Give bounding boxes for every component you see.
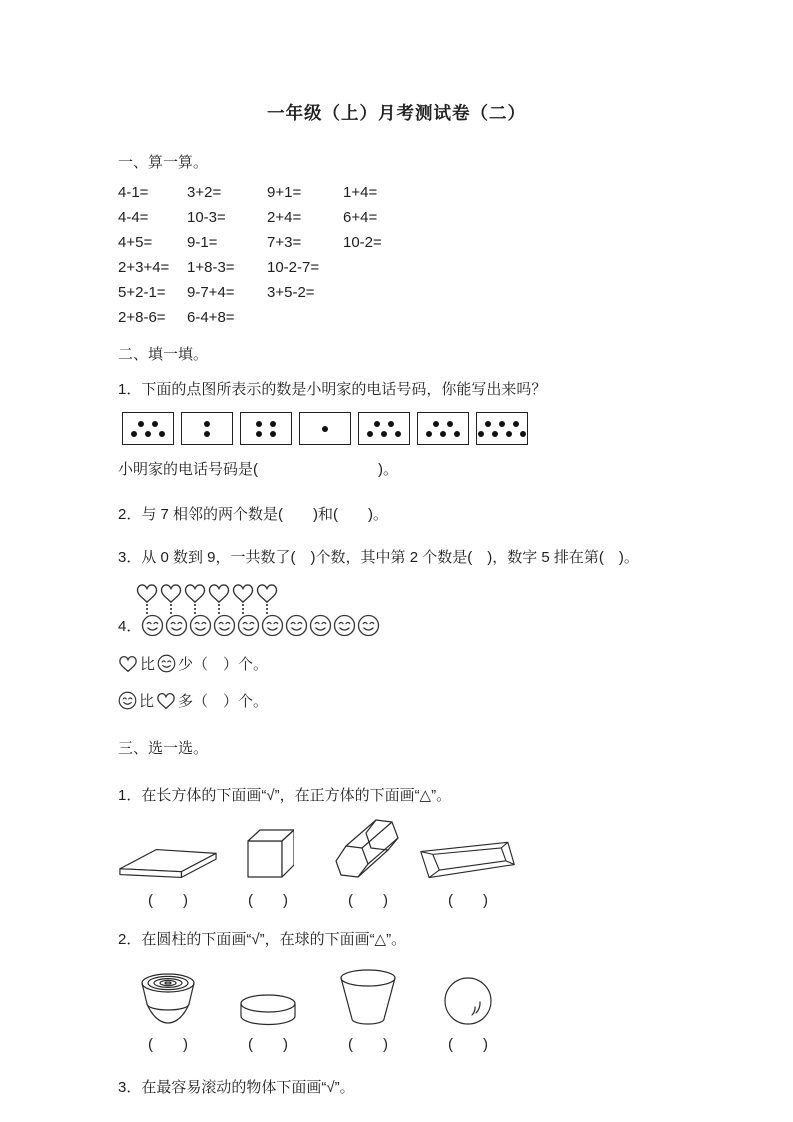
- dot-box-row: [367, 431, 401, 437]
- solid-shapes-row-1: [118, 819, 675, 883]
- dot-box-row: [322, 426, 328, 432]
- answer-paren-row-2: ( ) ( ) ( ) ( ): [118, 1033, 675, 1054]
- dot-icon: [374, 421, 380, 427]
- smiley-icon: [212, 614, 236, 637]
- dot-box-row: [478, 431, 526, 437]
- q4-compare-1-rest: 少（ ）个。: [178, 653, 268, 674]
- dot-icon: [499, 421, 505, 427]
- equation-6-4: [343, 307, 433, 329]
- dot-icon: [381, 431, 387, 437]
- equation-5-2: 9-7+4=: [187, 282, 267, 304]
- question-2-3-text: 3．从 0 数到 9，一共数了( )个数，其中第 2 个数是( )，数字 5 排…: [118, 546, 675, 567]
- equation-1-2: 3+2=: [187, 182, 267, 204]
- dot-icon: [520, 431, 526, 437]
- flat-cuboid-shape: [118, 843, 218, 883]
- equation-4-1: 2+3+4=: [118, 257, 187, 279]
- dot-icon: [367, 431, 373, 437]
- dot-box-7: [476, 412, 528, 445]
- question-3-1-text: 1．在长方体的下面画“√”，在正方体的下面画“△”。: [118, 784, 675, 805]
- equation-5-3: 3+5-2=: [267, 282, 343, 304]
- answer-paren: ( ): [318, 1033, 418, 1054]
- dot-icon: [388, 421, 394, 427]
- truncated-cone-shape: [318, 967, 418, 1027]
- equation-4-2: 1+8-3=: [187, 257, 267, 279]
- equation-5-1: 5+2-1=: [118, 282, 187, 304]
- smiley-icon: [356, 614, 380, 637]
- equation-3-1: 4+5=: [118, 232, 187, 254]
- section2-heading: 二、填一填。: [118, 343, 675, 364]
- smiley-icon: [332, 614, 356, 637]
- dot-box-2: [181, 412, 233, 445]
- dot-icon: [138, 421, 144, 427]
- q4-compare-2-mid: 比: [139, 690, 154, 711]
- dot-box-row: [426, 431, 460, 437]
- cylinder-shape: [218, 993, 318, 1027]
- answer-paren: ( ): [318, 889, 418, 910]
- equation-5-4: [343, 282, 433, 304]
- smiley-icon: [164, 614, 188, 637]
- answer-paren: ( ): [218, 889, 318, 910]
- equation-2-4: 6+4=: [343, 207, 433, 229]
- equation-6-1: 2+8-6=: [118, 307, 187, 329]
- heart-icon: [118, 655, 138, 673]
- dot-icon: [478, 431, 484, 437]
- equation-2-3: 2+4=: [267, 207, 343, 229]
- dot-icon: [270, 421, 276, 427]
- dot-icon: [440, 431, 446, 437]
- heart-icon: [231, 583, 255, 614]
- dot-box-row: [485, 421, 519, 427]
- dot-icon: [256, 431, 262, 437]
- dot-icon: [492, 431, 498, 437]
- dot-icon: [270, 431, 276, 437]
- phone-dot-diagram: [122, 412, 675, 445]
- answer-paren: ( ): [418, 889, 518, 910]
- rectangular-box-shape: [418, 835, 518, 883]
- dot-box-row: [204, 431, 210, 437]
- smiley-icon: [236, 614, 260, 637]
- dot-box-6: [417, 412, 469, 445]
- q4-compare-line-2: 比 多（ ）个。: [118, 690, 675, 711]
- dotted-connector: [218, 604, 220, 614]
- smiley-icon: [260, 614, 284, 637]
- dot-box-1: [122, 412, 174, 445]
- q4-compare-2-rest: 多（ ）个。: [178, 690, 268, 711]
- dotted-connector: [242, 604, 244, 614]
- heart-icon: [159, 583, 183, 614]
- answer-paren: ( ): [118, 1033, 218, 1054]
- equation-1-1: 4-1=: [118, 182, 187, 204]
- dot-box-5: [358, 412, 410, 445]
- equation-3-4: 10-2=: [343, 232, 433, 254]
- question-2-4-label: 4．: [118, 615, 140, 636]
- equation-1-3: 9+1=: [267, 182, 343, 204]
- equation-1-4: 1+4=: [343, 182, 433, 204]
- smiley-icon: [284, 614, 308, 637]
- solid-shapes-row-2: [118, 963, 675, 1027]
- smiley-icon: [118, 691, 137, 710]
- paper-content: 一年级（上）月考测试卷（二） 一、算一算。 4-1=3+2=9+1=1+4=4-…: [0, 0, 793, 1097]
- dot-box-row: [256, 421, 276, 427]
- dot-box-row: [256, 431, 276, 437]
- dot-icon: [145, 431, 151, 437]
- dot-box-row: [433, 421, 453, 427]
- heart-icon: [207, 583, 231, 614]
- sphere-shape: [418, 975, 518, 1027]
- section3-heading: 三、选一选。: [118, 737, 675, 758]
- answer-paren: ( ): [418, 1033, 518, 1054]
- dot-icon: [433, 421, 439, 427]
- hearts-row: [135, 583, 675, 614]
- smiley-icon: [157, 654, 176, 673]
- dot-box-4: [299, 412, 351, 445]
- smileys-row: 4．: [118, 614, 675, 637]
- dotted-connector: [266, 604, 268, 614]
- equation-4-4: [343, 257, 433, 279]
- section1-heading: 一、算一算。: [118, 151, 675, 172]
- equation-2-1: 4-4=: [118, 207, 187, 229]
- dot-icon: [131, 431, 137, 437]
- dot-icon: [426, 431, 432, 437]
- dot-box-row: [374, 421, 394, 427]
- dot-icon: [513, 421, 519, 427]
- answer-paren-row-1: ( ) ( ) ( ) ( ): [118, 889, 675, 910]
- question-2-4-figure: 4．: [118, 583, 675, 637]
- dot-icon: [322, 426, 328, 432]
- phone-answer-line: 小明家的电话号码是( )。: [118, 458, 675, 479]
- q4-compare-line-1: 比 少（ ）个。: [118, 653, 675, 674]
- heart-icon: [255, 583, 279, 614]
- question-3-3-text: 3．在最容易滚动的物体下面画“√”。: [118, 1076, 675, 1097]
- answer-paren: ( ): [118, 889, 218, 910]
- equation-2-2: 10-3=: [187, 207, 267, 229]
- equation-6-2: 6-4+8=: [187, 307, 267, 329]
- smiley-icon: [140, 614, 164, 637]
- dot-box-row: [204, 421, 210, 427]
- question-3-2-text: 2．在圆柱的下面画“√”，在球的下面画“△”。: [118, 928, 675, 949]
- q4-compare-1-mid: 比: [140, 653, 155, 674]
- answer-paren: ( ): [218, 1033, 318, 1054]
- question-2-1-text: 1．下面的点图所表示的数是小明家的电话号码，你能写出来吗？: [118, 378, 675, 399]
- dot-box-row: [138, 421, 158, 427]
- dot-icon: [204, 431, 210, 437]
- dotted-connector: [194, 604, 196, 614]
- cube-shape: [218, 825, 318, 883]
- question-2-2-text: 2．与 7 相邻的两个数是( )和( )。: [118, 503, 675, 524]
- dot-box-3: [240, 412, 292, 445]
- heart-icon: [135, 583, 159, 614]
- page-title: 一年级（上）月考测试卷（二）: [118, 100, 675, 125]
- test-paper-page: 一年级（上）月考测试卷（二） 一、算一算。 4-1=3+2=9+1=1+4=4-…: [0, 0, 793, 1122]
- dot-icon: [485, 421, 491, 427]
- equation-3-3: 7+3=: [267, 232, 343, 254]
- dot-icon: [395, 431, 401, 437]
- heart-icon: [183, 583, 207, 614]
- equation-3-2: 9-1=: [187, 232, 267, 254]
- smiley-icon: [188, 614, 212, 637]
- heart-icon: [156, 692, 176, 710]
- dotted-connector: [170, 604, 172, 614]
- dot-icon: [256, 421, 262, 427]
- dot-icon: [454, 431, 460, 437]
- equation-6-3: [267, 307, 343, 329]
- spiral-bowl-shape: [118, 971, 218, 1027]
- hexagonal-prism-shape: [318, 817, 418, 883]
- dot-icon: [152, 421, 158, 427]
- dot-box-row: [131, 431, 165, 437]
- dot-icon: [506, 431, 512, 437]
- equation-4-3: 10-2-7=: [267, 257, 343, 279]
- dot-icon: [204, 421, 210, 427]
- dot-icon: [159, 431, 165, 437]
- dot-icon: [447, 421, 453, 427]
- equation-grid: 4-1=3+2=9+1=1+4=4-4=10-3=2+4=6+4=4+5=9-1…: [118, 182, 675, 329]
- dotted-connector: [146, 604, 148, 614]
- smiley-icon: [308, 614, 332, 637]
